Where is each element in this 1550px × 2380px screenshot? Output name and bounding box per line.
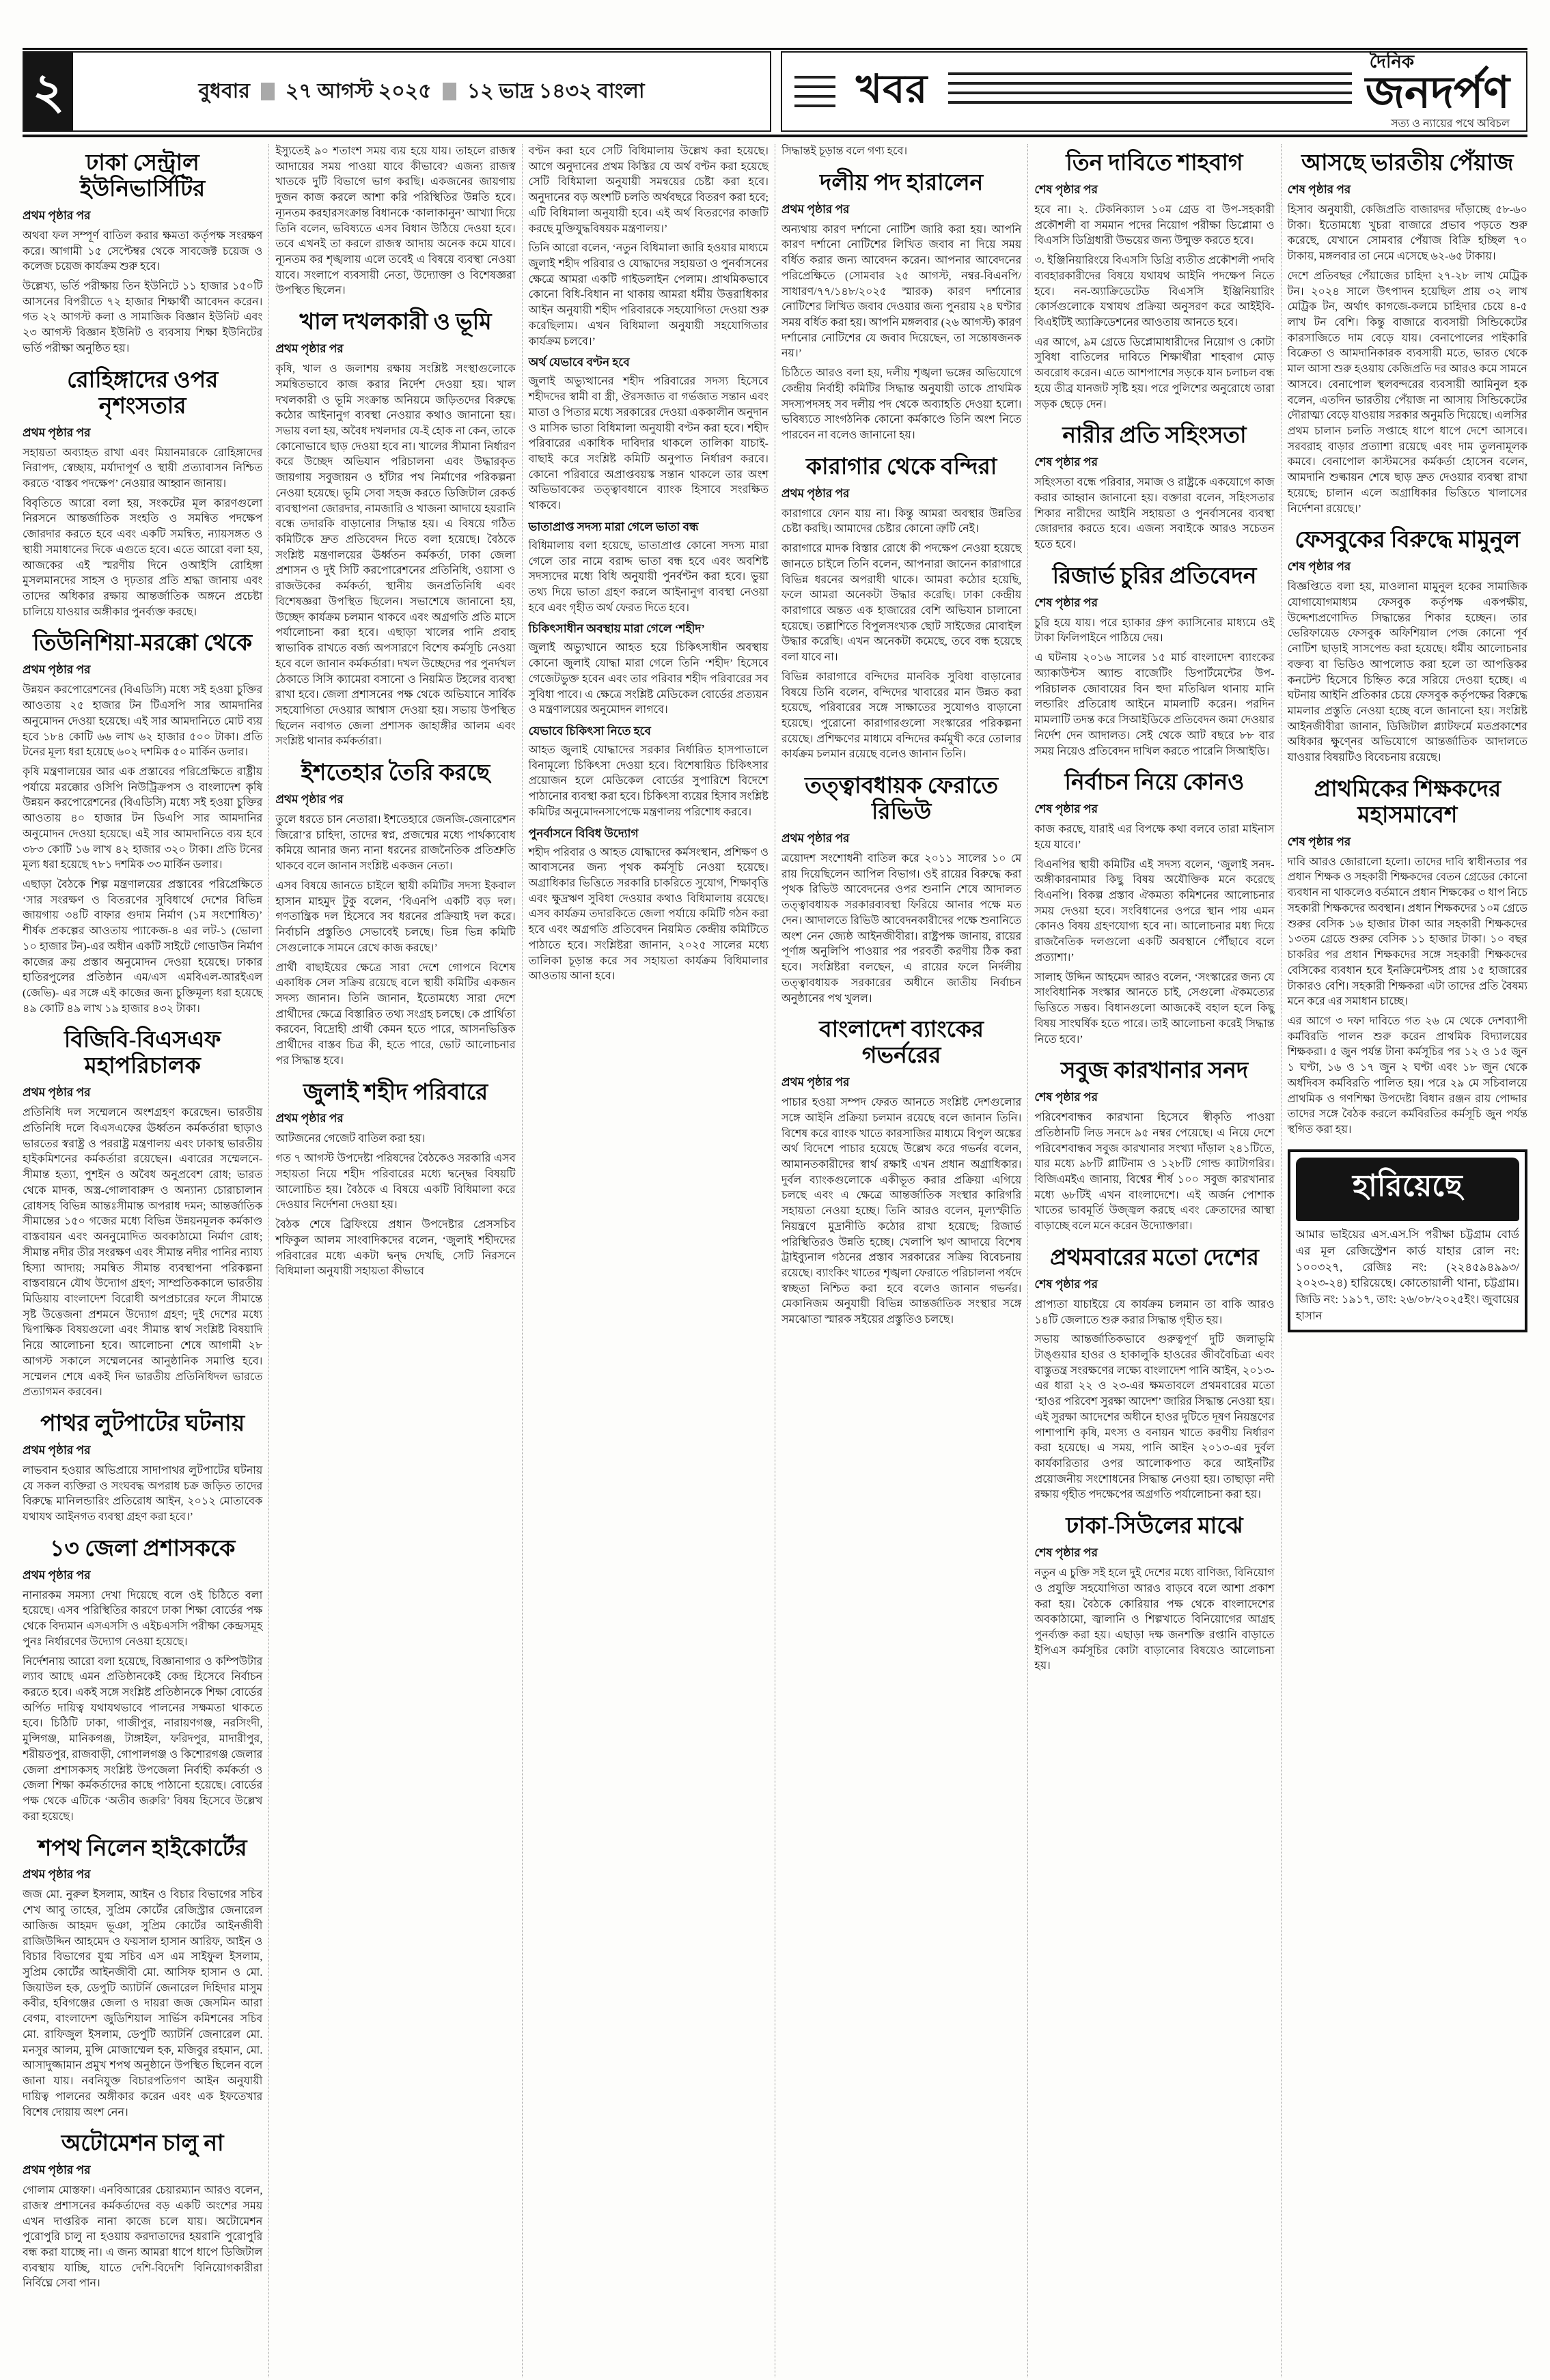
article-subhead: যেভাবে চিকিৎসা নিতে হবে <box>529 723 769 742</box>
article-paragraph: জুলাই অভ্যুত্থানের শহীদ পরিবারের সদস্য হ… <box>529 374 769 514</box>
square-divider-icon <box>443 83 456 100</box>
article: প্রথমবারের মতো দেশেরশেষ পৃষ্ঠার পরপ্রাপ্… <box>1034 1246 1274 1503</box>
jump-line: প্রথম পৃষ্ঠার পর <box>23 1866 262 1885</box>
article-headline: অটোমেশন চালু না <box>23 2131 262 2157</box>
jump-line: প্রথম পৃষ্ঠার পর <box>781 830 1021 849</box>
header-right-strip: খবর দৈনিক জনদর্পণ সত্য ও ন্যায়ের পথে অব… <box>781 51 1527 132</box>
page-header: ২ বুধবার ২৭ আগস্ট ২০২৫ ১২ ভাদ্র ১৪৩২ বাং… <box>23 51 1527 132</box>
jump-line: শেষ পৃষ্ঠার পর <box>1034 1544 1274 1563</box>
article-paragraph: সহায়তা অব্যাহত রাখা এবং মিয়ানমারকে রোহ… <box>23 446 262 492</box>
article-headline: আসছে ভারতীয় পেঁয়াজ <box>1288 151 1527 177</box>
article: প্রাথমিকের শিক্ষকদের মহাসমাবেশশেষ পৃষ্ঠা… <box>1288 777 1527 1138</box>
jump-line: প্রথম পৃষ্ঠার পর <box>781 1074 1021 1093</box>
article-paragraph: উল্লেখ্য, ভর্তি পরীক্ষায় তিন ইউনিটে ১১ … <box>23 279 262 357</box>
article-paragraph: বিভিন্ন কারাগারে বন্দিদের মানবিক সুবিধা … <box>781 670 1021 763</box>
article-headline: প্রথমবারের মতো দেশের <box>1034 1246 1274 1272</box>
column-1: ঢাকা সেন্ট্রাল ইউনিভার্সিটিরপ্রথম পৃষ্ঠা… <box>23 144 268 2377</box>
article-paragraph: ইস্যুতেই ৯০ শতাংশ সময় ব্যয় হয়ে যায়। … <box>275 144 515 299</box>
jump-line: প্রথম পৃষ্ঠার পর <box>23 207 262 226</box>
newspaper-page: ২ বুধবার ২৭ আগস্ট ২০২৫ ১২ ভাদ্র ১৪৩২ বাং… <box>0 0 1550 2380</box>
article-paragraph: প্রাপ্যতা যাচাইয়ে যে কার্যক্রম চলমান তা… <box>1034 1298 1274 1328</box>
header-left-strip: ২ বুধবার ২৭ আগস্ট ২০২৫ ১২ ভাদ্র ১৪৩২ বাং… <box>23 51 771 132</box>
article: শপথ নিলেন হাইকোর্টেরপ্রথম পৃষ্ঠার পরজজ ম… <box>23 1836 262 2121</box>
article-paragraph: জজ মো. নুরুল ইসলাম, আইন ও বিচার বিভাগের … <box>23 1888 262 2120</box>
article-paragraph: সালাহ উদ্দিন আহমেদ আরও বলেন, ‘সংস্কারের … <box>1034 970 1274 1048</box>
article-paragraph: অন্যথায় কারণ দর্শানো নোটিশ জারি করা হয়… <box>781 223 1021 362</box>
article-paragraph: নানারকম সমস্যা দেখা দিয়েছে বলে ওই চিঠিত… <box>23 1588 262 1651</box>
article-headline: পাথর লুটপাটের ঘটনায় <box>23 1412 262 1438</box>
article-continuation: বণ্টন করা হবে সেটি বিধিমালায় উল্লেখ করা… <box>529 144 769 985</box>
article-paragraph: বিএনপির স্থায়ী কমিটির এই সদস্য বলেন, ‘জ… <box>1034 858 1274 966</box>
article-paragraph: এর আগে ৩ দফা দাবিতে গত ২৬ মে থেকে দেশব্য… <box>1288 1014 1527 1138</box>
article-paragraph: এছাড়া বৈঠকে শিল্প মন্ত্রণালয়ের প্রস্তা… <box>23 878 262 1017</box>
article-paragraph: তিনি আরো বলেন, ‘নতুন বিধিমালা জারি হওয়া… <box>529 241 769 350</box>
column-4: সিদ্ধান্তই চূড়ান্ত বলে গণ্য হবে।দলীয় প… <box>775 144 1027 2377</box>
jump-line: প্রথম পৃষ্ঠার পর <box>23 424 262 443</box>
jump-line: প্রথম পৃষ্ঠার পর <box>23 1442 262 1461</box>
article-headline: জুলাই শহীদ পরিবারে <box>275 1080 515 1106</box>
article-subhead: চিকিৎসাধীন অবস্থায় মারা গেলে ‘শহীদ’ <box>529 620 769 639</box>
article-headline: নির্বাচন নিয়ে কোনও <box>1034 770 1274 796</box>
article-paragraph: বণ্টন করা হবে সেটি বিধিমালায় উল্লেখ করা… <box>529 144 769 237</box>
article-headline: নারীর প্রতি সহিংসতা <box>1034 423 1274 449</box>
jump-line: প্রথম পৃষ্ঠার পর <box>781 201 1021 220</box>
article-paragraph: নতুন এ চুক্তি সই হলে দুই দেশের মধ্যে বাণ… <box>1034 1566 1274 1675</box>
article: ঢাকা সেন্ট্রাল ইউনিভার্সিটিরপ্রথম পৃষ্ঠা… <box>23 151 262 357</box>
article-paragraph: তুলে ধরতে চান নেতারা। ইশতেহারে জেনজি-জেন… <box>275 813 515 875</box>
jump-line: শেষ পৃষ্ঠার পর <box>1034 1089 1274 1108</box>
article: পাথর লুটপাটের ঘটনায়প্রথম পৃষ্ঠার পরলাভব… <box>23 1412 262 1526</box>
article-paragraph: দাবি আরও জোরালো হলো। তাদের দাবি স্বাধীনত… <box>1288 855 1527 1010</box>
article: ফেসবুকের বিরুদ্ধে মামুনুলশেষ পৃষ্ঠার পরব… <box>1288 528 1527 766</box>
article-paragraph: বিধিমালায় বলা হয়েছে, ভাতাপ্রাপ্ত কোনো … <box>529 539 769 617</box>
article-paragraph: অথবা ফল সম্পূর্ণ বাতিল করার ক্ষমতা কর্তৃ… <box>23 229 262 275</box>
columns: ঢাকা সেন্ট্রাল ইউনিভার্সিটিরপ্রথম পৃষ্ঠা… <box>23 144 1527 2377</box>
article-headline: তত্ত্বাবধায়ক ফেরাতে রিভিউ <box>781 774 1021 826</box>
dateline: বুধবার ২৭ আগস্ট ২০২৫ ১২ ভাদ্র ১৪৩২ বাংলা <box>73 53 770 130</box>
jump-line: শেষ পৃষ্ঠার পর <box>1288 558 1527 577</box>
article-headline: দলীয় পদ হারালেন <box>781 171 1021 197</box>
article-continuation: ইস্যুতেই ৯০ শতাংশ সময় ব্যয় হয়ে যায়। … <box>275 144 515 299</box>
article-subhead: পুনর্বাসনে বিবিধ উদ্যোগ <box>529 825 769 844</box>
article-paragraph: ত্রয়োদশ সংশোধনী বাতিল করে ২০১১ সালের ১০… <box>781 852 1021 1007</box>
lost-notice: হারিয়েছেআমার ভাইয়ের এস.এস.সি পরীক্ষা চ… <box>1288 1149 1527 1333</box>
article: সবুজ কারখানার সনদশেষ পৃষ্ঠার পরপরিবেশবান… <box>1034 1059 1274 1235</box>
article-headline: ঢাকা সেন্ট্রাল ইউনিভার্সিটির <box>23 151 262 203</box>
dateline-weekday: বুধবার <box>198 74 249 109</box>
article-paragraph: এ ঘটনায় ২০১৬ সালের ১৫ মার্চ বাংলাদেশ ব্… <box>1034 651 1274 759</box>
article: ১৩ জেলা প্রশাসককেপ্রথম পৃষ্ঠার পরনানারকম… <box>23 1537 262 1825</box>
jump-line: প্রথম পৃষ্ঠার পর <box>275 1110 515 1129</box>
jump-line: শেষ পৃষ্ঠার পর <box>1034 453 1274 473</box>
header-bottom-rule <box>23 135 1527 137</box>
jump-line: শেষ পৃষ্ঠার পর <box>1288 181 1527 200</box>
article-paragraph: নির্দেশনায় আরো বলা হয়েছে, বিজ্ঞানাগার … <box>23 1655 262 1825</box>
article-headline: সবুজ কারখানার সনদ <box>1034 1059 1274 1084</box>
article: তিউনিশিয়া-মরক্কো থেকেপ্রথম পৃষ্ঠার পরউন… <box>23 631 262 1017</box>
article: আসছে ভারতীয় পেঁয়াজশেষ পৃষ্ঠার পরহিসাব … <box>1288 151 1527 517</box>
article-headline: ১৩ জেলা প্রশাসককে <box>23 1537 262 1563</box>
lost-notice-body: আমার ভাইয়ের এস.এস.সি পরীক্ষা চট্টগ্রাম … <box>1296 1227 1519 1325</box>
article-subhead: অর্থ যেভাবে বণ্টন হবে <box>529 354 769 373</box>
article-paragraph: হিসাব অনুযায়ী, কেজিপ্রতি বাজারদর দাঁড়া… <box>1288 203 1527 265</box>
section-label: খবর <box>849 59 935 125</box>
article-continuation: সিদ্ধান্তই চূড়ান্ত বলে গণ্য হবে। <box>781 144 1021 160</box>
article-paragraph: চিঠিতে আরও বলা হয়, দলীয় শৃঙ্খলা ভঙ্গের… <box>781 366 1021 444</box>
article-headline: ঢাকা-সিউলের মাঝে <box>1034 1514 1274 1540</box>
column-6: আসছে ভারতীয় পেঁয়াজশেষ পৃষ্ঠার পরহিসাব … <box>1281 144 1527 2377</box>
article-paragraph: কৃষি মন্ত্রণালয়ের আর এক প্রস্তাবের পরিপ… <box>23 765 262 873</box>
jump-line: প্রথম পৃষ্ঠার পর <box>23 661 262 680</box>
jump-line: শেষ পৃষ্ঠার পর <box>1034 594 1274 613</box>
article-paragraph: এসব বিষয়ে জানতে চাইলে স্থায়ী কমিটির সদ… <box>275 879 515 957</box>
article-headline: তিন দাবিতে শাহবাগ <box>1034 151 1274 177</box>
jump-line: প্রথম পৃষ্ঠার পর <box>275 340 515 359</box>
jump-line: প্রথম পৃষ্ঠার পর <box>23 1084 262 1103</box>
jump-line: প্রথম পৃষ্ঠার পর <box>23 1567 262 1586</box>
article-paragraph: সহিংসতা বন্ধে পরিবার, সমাজ ও রাষ্ট্রকে এ… <box>1034 475 1274 553</box>
article-paragraph: এর আগে, ৯ম গ্রেডে ডিপ্লোমাধারীদের নিয়োগ… <box>1034 335 1274 413</box>
rule-lines-right <box>948 72 1351 111</box>
article: তত্ত্বাবধায়ক ফেরাতে রিভিউপ্রথম পৃষ্ঠার … <box>781 774 1021 1007</box>
rule-lines-left <box>794 76 835 107</box>
article: রোহিঙ্গাদের ওপর নৃশংসতারপ্রথম পৃষ্ঠার পর… <box>23 368 262 621</box>
article-headline: ইশতেহার তৈরি করছে <box>275 761 515 787</box>
jump-line: শেষ পৃষ্ঠার পর <box>1034 1276 1274 1295</box>
article-paragraph: কারাগারে ফোন যায় না। কিন্তু আমরা অবস্থা… <box>781 507 1021 537</box>
article-headline: বিজিবি-বিএসএফ মহাপরিচালক <box>23 1028 262 1080</box>
column-2: ইস্যুতেই ৯০ শতাংশ সময় ব্যয় হয়ে যায়। … <box>268 144 521 2377</box>
article-paragraph: সভায় আন্তর্জাতিকভাবে গুরুত্বপূর্ণ দুটি … <box>1034 1332 1274 1503</box>
article: কারাগার থেকে বন্দিরাপ্রথম পৃষ্ঠার পরকারা… <box>781 455 1021 763</box>
article-headline: বাংলাদেশ ব্যাংকের গভর্নরের <box>781 1018 1021 1069</box>
article-paragraph: জুলাই অভ্যুত্থানে আহত হয়ে চিকিৎসাধীন অব… <box>529 641 769 718</box>
square-divider-icon <box>261 83 275 100</box>
article-headline: ফেসবুকের বিরুদ্ধে মামুনুল <box>1288 528 1527 554</box>
article-paragraph: কৃষি, খাল ও জলাশয় রক্ষায় সংশ্লিষ্ট সংস… <box>275 362 515 750</box>
article-headline: খাল দখলকারী ও ভূমি <box>275 310 515 336</box>
jump-line: প্রথম পৃষ্ঠার পর <box>23 2161 262 2181</box>
article-paragraph: চুরি হয়ে যায়। পরে হ্যাকার গ্রুপ ক্যাসি… <box>1034 616 1274 647</box>
article: নারীর প্রতি সহিংসতাশেষ পৃষ্ঠার পরসহিংসতা… <box>1034 423 1274 553</box>
article-paragraph: লাভবান হওয়ার অভিপ্রায়ে সাদাপাথর লুটপাট… <box>23 1464 262 1526</box>
article: দলীয় পদ হারালেনপ্রথম পৃষ্ঠার পরঅন্যথায়… <box>781 171 1021 444</box>
article-headline: রোহিঙ্গাদের ওপর নৃশংসতার <box>23 368 262 420</box>
article-paragraph: বিজ্ঞপ্তিতে বলা হয়, মাওলানা মামুনুল হকে… <box>1288 580 1527 766</box>
dateline-bangla-date: ১২ ভাদ্র ১৪৩২ বাংলা <box>467 74 645 109</box>
article: বিজিবি-বিএসএফ মহাপরিচালকপ্রথম পৃষ্ঠার পর… <box>23 1028 262 1401</box>
article-headline: শপথ নিলেন হাইকোর্টের <box>23 1836 262 1862</box>
jump-line: শেষ পৃষ্ঠার পর <box>1034 181 1274 200</box>
article-paragraph: প্রতিনিধি দল সম্মেলনে অংশগ্রহণ করেছেন। ভ… <box>23 1106 262 1401</box>
article-paragraph: পাচার হওয়া সম্পদ ফেরত আনতে সংশ্লিষ্ট দে… <box>781 1095 1021 1328</box>
jump-line: শেষ পৃষ্ঠার পর <box>1034 800 1274 820</box>
dateline-date: ২৭ আগস্ট ২০২৫ <box>286 74 432 109</box>
article-paragraph: দেশে প্রতিবছর পেঁয়াজের চাহিদা ২৭-২৮ লাখ… <box>1288 269 1527 518</box>
article-paragraph: বিবৃতিতে আরো বলা হয়, সংকটের মূল কারণগুল… <box>23 496 262 621</box>
article-headline: কারাগার থেকে বন্দিরা <box>781 455 1021 481</box>
article-paragraph: বৈঠক শেষে ব্রিফিংয়ে প্রধান উপদেষ্টার প্… <box>275 1218 515 1280</box>
article-paragraph: আটজনের গেজেট বাতিল করা হয়। <box>275 1132 515 1147</box>
article-paragraph: কারাগারে মাদক বিস্তার রোধে কী পদক্ষেপ নে… <box>781 542 1021 666</box>
article: রিজার্ভ চুরির প্রতিবেদনশেষ পৃষ্ঠার পরচুর… <box>1034 564 1274 759</box>
article-headline: প্রাথমিকের শিক্ষকদের মহাসমাবেশ <box>1288 777 1527 829</box>
article-paragraph: গত ৭ আগস্ট উপদেষ্টা পরিষদের বৈঠকেও সরকার… <box>275 1151 515 1214</box>
article: নির্বাচন নিয়ে কোনওশেষ পৃষ্ঠার পরকাজ করছ… <box>1034 770 1274 1048</box>
article: ঢাকা-সিউলের মাঝেশেষ পৃষ্ঠার পরনতুন এ চুক… <box>1034 1514 1274 1675</box>
article-paragraph: উন্নয়ন করপোরেশনের (বিএডিসি) মধ্যে সই হও… <box>23 683 262 761</box>
article-subhead: ভাতাপ্রাপ্ত সদস্য মারা গেলে ভাতা বন্ধ <box>529 518 769 537</box>
article: বাংলাদেশ ব্যাংকের গভর্নরেরপ্রথম পৃষ্ঠার … <box>781 1018 1021 1328</box>
article: ইশতেহার তৈরি করছেপ্রথম পৃষ্ঠার পরতুলে ধর… <box>275 761 515 1069</box>
article: অটোমেশন চালু নাপ্রথম পৃষ্ঠার পরগোলাম মোস… <box>23 2131 262 2292</box>
top-rule <box>23 48 1527 50</box>
jump-line: প্রথম পৃষ্ঠার পর <box>275 791 515 810</box>
article-paragraph: ৩. ইঞ্জিনিয়ারিংয়ে বিএসসি ডিগ্রি ব্যতীত… <box>1034 253 1274 331</box>
column-5: তিন দাবিতে শাহবাগশেষ পৃষ্ঠার পরহবে না। ২… <box>1027 144 1280 2377</box>
article: খাল দখলকারী ও ভূমিপ্রথম পৃষ্ঠার পরকৃষি, … <box>275 310 515 750</box>
masthead: দৈনিক জনদর্পণ সত্য ও ন্যায়ের পথে অবিচল <box>1366 53 1514 130</box>
page-number: ২ <box>24 53 73 130</box>
article-paragraph: সিদ্ধান্তই চূড়ান্ত বলে গণ্য হবে। <box>781 144 1021 160</box>
article-paragraph: কাজ করছে, যারাই এর বিপক্ষে কথা বলবে তারা… <box>1034 822 1274 853</box>
article-paragraph: পরিবেশবান্ধব কারখানা হিসেবে স্বীকৃতি পাও… <box>1034 1110 1274 1235</box>
masthead-title: জনদর্পণ <box>1366 71 1510 115</box>
article-paragraph: গোলাম মোস্তফা। এনবিআরের চেয়ারম্যান আরও … <box>23 2183 262 2292</box>
article-headline: রিজার্ভ চুরির প্রতিবেদন <box>1034 564 1274 590</box>
column-3: বণ্টন করা হবে সেটি বিধিমালায় উল্লেখ করা… <box>522 144 775 2377</box>
article: জুলাই শহীদ পরিবারেপ্রথম পৃষ্ঠার পরআটজনের… <box>275 1080 515 1280</box>
article-paragraph: শহীদ পরিবার ও আহত যোদ্ধাদের কর্মসংস্থান,… <box>529 845 769 985</box>
jump-line: শেষ পৃষ্ঠার পর <box>1288 833 1527 852</box>
article-headline: তিউনিশিয়া-মরক্কো থেকে <box>23 631 262 657</box>
jump-line: প্রথম পৃষ্ঠার পর <box>781 485 1021 504</box>
masthead-tagline: সত্য ও ন্যায়ের পথে অবিচল <box>1366 119 1510 130</box>
article-paragraph: প্রার্থী বাছাইয়ের ক্ষেত্রে সারা দেশে গো… <box>275 961 515 1069</box>
article-paragraph: আহত জুলাই যোদ্ধাদের সরকার নির্ধারিত হাসপ… <box>529 743 769 821</box>
lost-notice-title: হারিয়েছে <box>1296 1158 1519 1221</box>
article-paragraph: হবে না। ২. টেকনিক্যাল ১০ম গ্রেড বা উপ-সহ… <box>1034 203 1274 249</box>
article: তিন দাবিতে শাহবাগশেষ পৃষ্ঠার পরহবে না। ২… <box>1034 151 1274 412</box>
